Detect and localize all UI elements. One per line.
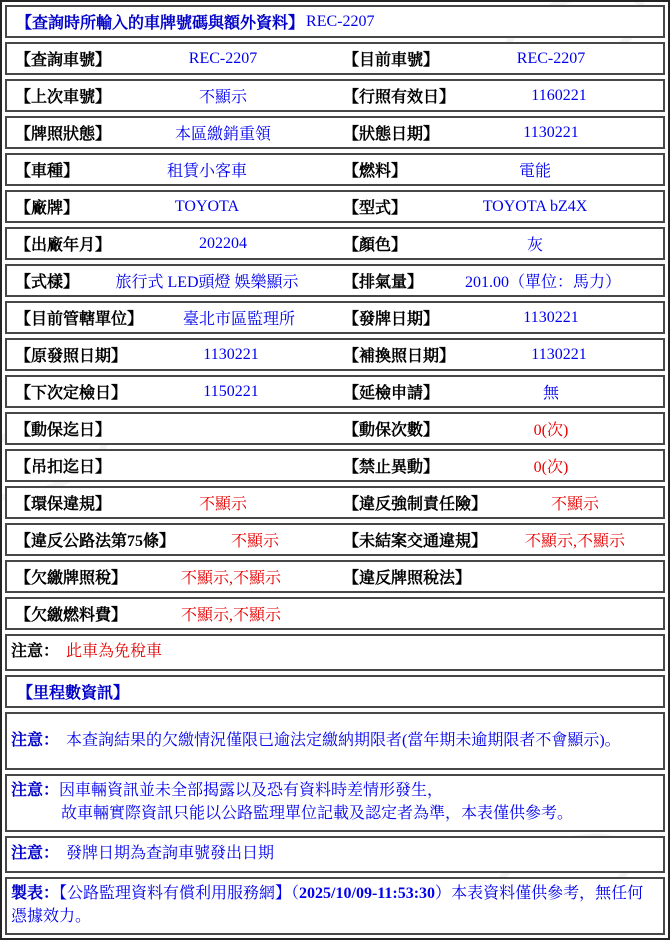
row-governing-office: 【目前管轄單位】臺北市區監理所【發牌日期】1130221 xyxy=(5,301,665,334)
field-environmental-violation: 【環保違規】不顯示 xyxy=(7,491,335,514)
field-label-license-tax-violation: 【違反牌照稅法】 xyxy=(335,565,471,588)
row-query-plate-no: 【查詢車號】REC-2207【目前車號】REC-2207 xyxy=(5,42,665,75)
field-suspension-until: 【吊扣迄日】 xyxy=(7,454,335,477)
field-label-model: 【型式】 xyxy=(335,195,407,218)
field-vehicle-type: 【車種】租賃小客車 xyxy=(7,158,335,181)
note-text-note-overdue-scope: 注意：本查詢結果的欠繳情況僅限已逾法定繳納期限者(當年期未逾期限者不會顯示)。 xyxy=(11,730,659,753)
field-plate-issue-date: 【發牌日期】1130221 xyxy=(335,306,663,329)
field-chattel-secured-count: 【動保次數】0(次) xyxy=(335,417,663,440)
field-value-governing-office: 臺北市區監理所 xyxy=(143,306,335,329)
field-manufacture-year-month: 【出廠年月】202204 xyxy=(7,232,335,255)
field-next-inspection-date: 【下次定檢日】1150221 xyxy=(7,380,335,403)
field-value-status-date: 1130221 xyxy=(439,124,663,142)
field-value-unpaid-license-tax: 不顯示,不顯示 xyxy=(127,565,335,588)
field-value-make: TOYOTA xyxy=(79,198,335,216)
field-governing-office: 【目前管轄單位】臺北市區監理所 xyxy=(7,306,335,329)
row-unpaid-fuel-fee: 【欠繳燃料費】不顯示,不顯示 xyxy=(5,597,665,630)
footer-segment: 【公路監理資料有償利用服務網】 xyxy=(59,885,291,902)
note-line1: 因車輛資訊並未全部揭露以及恐有資料時差情形發生， xyxy=(59,782,443,799)
note-value: 發牌日期為查詢車號發出日期 xyxy=(66,845,274,862)
field-value-compulsory-insurance-violation: 不顯示 xyxy=(487,491,663,514)
field-compulsory-insurance-violation: 【違反強制責任險】不顯示 xyxy=(335,491,663,514)
row-manufacture-year-month: 【出廠年月】202204【顏色】灰 xyxy=(5,227,665,260)
field-value-inspection-extension: 無 xyxy=(439,380,663,403)
field-value-transfer-prohibition: 0(次) xyxy=(439,454,663,477)
row-vehicle-type: 【車種】租賃小客車【燃料】電能 xyxy=(5,153,665,186)
field-query-plate-no: 【查詢車號】REC-2207 xyxy=(7,47,335,70)
vehicle-query-result-page: 【查詢時所輸入的車牌號碼與額外資料】REC-2207【查詢車號】REC-2207… xyxy=(0,0,670,940)
row-chattel-secured-until: 【動保迄日】【動保次數】0(次) xyxy=(5,412,665,445)
field-license-valid-date: 【行照有效日】1160221 xyxy=(335,84,663,107)
row-note-tax-exempt: 注意：此車為免稅車 xyxy=(5,634,665,671)
field-value-previous-plate-no: 不顯示 xyxy=(111,84,335,107)
field-label-engine-displacement: 【排氣量】 xyxy=(335,269,423,292)
note-text-note-issue-date-meaning: 注意：發牌日期為查詢車號發出日期 xyxy=(11,843,659,866)
note-text-note-data-disclaimer: 注意：因車輛資訊並未全部揭露以及恐有資料時差情形發生，故車輛實際資訊只能以公路監… xyxy=(11,780,659,825)
field-previous-plate-no: 【上次車號】不顯示 xyxy=(7,84,335,107)
row-section-mileage-info: 【里程數資訊】 xyxy=(5,675,665,708)
field-value-environmental-violation: 不顯示 xyxy=(111,491,335,514)
field-value-chattel-secured-count: 0(次) xyxy=(439,417,663,440)
footer-segment: ） xyxy=(435,885,451,902)
field-value-plate-status: 本區繳銷重領 xyxy=(111,121,335,144)
footer-label: 製表： xyxy=(11,885,59,902)
field-value-manufacture-year-month: 202204 xyxy=(111,235,335,253)
field-label-pending-traffic-violations: 【未結案交通違規】 xyxy=(335,528,487,551)
field-value-pending-traffic-violations: 不顯示,不顯示 xyxy=(487,528,663,551)
row-previous-plate-no: 【上次車號】不顯示【行照有效日】1160221 xyxy=(5,79,665,112)
field-value-fuel-type: 電能 xyxy=(407,158,663,181)
section-title: 【里程數資訊】 xyxy=(7,680,129,703)
field-label-fuel-type: 【燃料】 xyxy=(335,158,407,181)
field-value-license-valid-date: 1160221 xyxy=(455,87,663,105)
field-label-transfer-prohibition: 【禁止異動】 xyxy=(335,454,439,477)
row-note-data-disclaimer: 注意：因車輛資訊並未全部揭露以及恐有資料時差情形發生，故車輛實際資訊只能以公路監… xyxy=(5,774,665,832)
field-label-inspection-extension: 【延檢申請】 xyxy=(335,380,439,403)
field-label-compulsory-insurance-violation: 【違反強制責任險】 xyxy=(335,491,487,514)
field-unpaid-license-tax: 【欠繳牌照稅】不顯示,不顯示 xyxy=(7,565,335,588)
field-plate-status: 【牌照狀態】本區繳銷重領 xyxy=(7,121,335,144)
field-label-manufacture-year-month: 【出廠年月】 xyxy=(7,232,111,255)
field-value-plate-issue-date: 1130221 xyxy=(439,309,663,327)
field-status-date: 【狀態日期】1130221 xyxy=(335,121,663,144)
field-label-body-style: 【式樣】 xyxy=(7,269,79,292)
row-unpaid-license-tax: 【欠繳牌照稅】不顯示,不顯示【違反牌照稅法】 xyxy=(5,560,665,593)
field-label-next-inspection-date: 【下次定檢日】 xyxy=(7,380,127,403)
footer-segment: 2025/10/09-11:53:30 xyxy=(299,885,435,902)
field-value-vehicle-type: 租賃小客車 xyxy=(79,158,335,181)
note-value: 本查詢結果的欠繳情況僅限已逾法定繳納期限者(當年期未逾期限者不會顯示)。 xyxy=(66,732,621,749)
field-label-unpaid-fuel-fee: 【欠繳燃料費】 xyxy=(7,602,127,625)
field-label-environmental-violation: 【環保違規】 xyxy=(7,491,111,514)
field-value-next-inspection-date: 1150221 xyxy=(127,383,335,401)
field-label-chattel-secured-count: 【動保次數】 xyxy=(335,417,439,440)
field-label-previous-plate-no: 【上次車號】 xyxy=(7,84,111,107)
note-label: 注意： xyxy=(11,845,59,862)
field-inspection-extension: 【延檢申請】無 xyxy=(335,380,663,403)
field-label-original-license-date: 【原發照日期】 xyxy=(7,343,127,366)
row-plate-status: 【牌照狀態】本區繳銷重領【狀態日期】1130221 xyxy=(5,116,665,149)
field-license-tax-violation: 【違反牌照稅法】 xyxy=(335,565,663,588)
field-value-body-style: 旅行式 LED頭燈 娛樂顯示 xyxy=(79,269,335,292)
field-chattel-secured-until: 【動保迄日】 xyxy=(7,417,335,440)
field-label-status-date: 【狀態日期】 xyxy=(335,121,439,144)
page-title-label: 【查詢時所輸入的車牌號碼與額外資料】 xyxy=(16,10,304,33)
field-value-highway-act-75-violation: 不顯示 xyxy=(175,528,335,551)
footer-segment: （ xyxy=(291,885,299,902)
field-make: 【廠牌】TOYOTA xyxy=(7,195,335,218)
row-footer-source: 製表：【公路監理資料有償利用服務網】（2025/10/09-11:53:30）本… xyxy=(5,877,665,935)
field-value-color: 灰 xyxy=(407,232,663,255)
field-value-engine-displacement: 201.00（單位：馬力） xyxy=(423,269,663,292)
field-value-current-plate-no: REC-2207 xyxy=(439,50,663,68)
footer-text: 製表：【公路監理資料有償利用服務網】（2025/10/09-11:53:30）本… xyxy=(11,883,659,928)
field-label-suspension-until: 【吊扣迄日】 xyxy=(7,454,111,477)
field-engine-displacement: 【排氣量】201.00（單位：馬力） xyxy=(335,269,663,292)
note-label: 注意： xyxy=(11,732,59,749)
note-label: 注意： xyxy=(11,643,59,660)
field-label-query-plate-no: 【查詢車號】 xyxy=(7,47,111,70)
note-text-note-tax-exempt: 注意：此車為免稅車 xyxy=(11,641,659,664)
note-line2: 故車輛實際資訊只能以公路監理單位記載及認定者為準，本表僅供參考。 xyxy=(11,803,659,826)
field-highway-act-75-violation: 【違反公路法第75條】不顯示 xyxy=(7,528,335,551)
field-value-query-plate-no: REC-2207 xyxy=(111,50,335,68)
field-label-highway-act-75-violation: 【違反公路法第75條】 xyxy=(7,528,175,551)
field-value-model: TOYOTA bZ4X xyxy=(407,198,663,216)
field-original-license-date: 【原發照日期】1130221 xyxy=(7,343,335,366)
field-value-unpaid-fuel-fee: 不顯示,不顯示 xyxy=(127,602,335,625)
field-pending-traffic-violations: 【未結案交通違規】不顯示,不顯示 xyxy=(335,528,663,551)
field-label-current-plate-no: 【目前車號】 xyxy=(335,47,439,70)
field-label-governing-office: 【目前管轄單位】 xyxy=(7,306,143,329)
field-label-vehicle-type: 【車種】 xyxy=(7,158,79,181)
note-value: 此車為免稅車 xyxy=(66,643,162,660)
row-note-overdue-scope: 注意：本查詢結果的欠繳情況僅限已逾法定繳納期限者(當年期未逾期限者不會顯示)。 xyxy=(5,712,665,770)
field-transfer-prohibition: 【禁止異動】0(次) xyxy=(335,454,663,477)
field-license-replacement-date: 【補換照日期】1130221 xyxy=(335,343,663,366)
field-current-plate-no: 【目前車號】REC-2207 xyxy=(335,47,663,70)
field-model: 【型式】TOYOTA bZ4X xyxy=(335,195,663,218)
row-next-inspection-date: 【下次定檢日】1150221【延檢申請】無 xyxy=(5,375,665,408)
field-fuel-type: 【燃料】電能 xyxy=(335,158,663,181)
row-original-license-date: 【原發照日期】1130221【補換照日期】1130221 xyxy=(5,338,665,371)
row-environmental-violation: 【環保違規】不顯示【違反強制責任險】不顯示 xyxy=(5,486,665,519)
field-label-color: 【顏色】 xyxy=(335,232,407,255)
field-label-license-replacement-date: 【補換照日期】 xyxy=(335,343,455,366)
field-label-plate-issue-date: 【發牌日期】 xyxy=(335,306,439,329)
field-value-original-license-date: 1130221 xyxy=(127,346,335,364)
row-note-issue-date-meaning: 注意：發牌日期為查詢車號發出日期 xyxy=(5,836,665,873)
row-make: 【廠牌】TOYOTA【型式】TOYOTA bZ4X xyxy=(5,190,665,223)
field-label-plate-status: 【牌照狀態】 xyxy=(7,121,111,144)
field-unpaid-fuel-fee: 【欠繳燃料費】不顯示,不顯示 xyxy=(7,602,335,625)
field-color: 【顏色】灰 xyxy=(335,232,663,255)
row-body-style: 【式樣】旅行式 LED頭燈 娛樂顯示【排氣量】201.00（單位：馬力） xyxy=(5,264,665,297)
field-label-chattel-secured-until: 【動保迄日】 xyxy=(7,417,111,440)
field-label-unpaid-license-tax: 【欠繳牌照稅】 xyxy=(7,565,127,588)
field-label-make: 【廠牌】 xyxy=(7,195,79,218)
note-label: 注意： xyxy=(11,782,59,799)
row-suspension-until: 【吊扣迄日】【禁止異動】0(次) xyxy=(5,449,665,482)
field-label-license-valid-date: 【行照有效日】 xyxy=(335,84,455,107)
row-header-title: 【查詢時所輸入的車牌號碼與額外資料】REC-2207 xyxy=(5,5,665,38)
field-value-license-replacement-date: 1130221 xyxy=(455,346,663,364)
page-title-plate-value: REC-2207 xyxy=(306,13,374,31)
field-body-style: 【式樣】旅行式 LED頭燈 娛樂顯示 xyxy=(7,269,335,292)
row-highway-act-75-violation: 【違反公路法第75條】不顯示【未結案交通違規】不顯示,不顯示 xyxy=(5,523,665,556)
